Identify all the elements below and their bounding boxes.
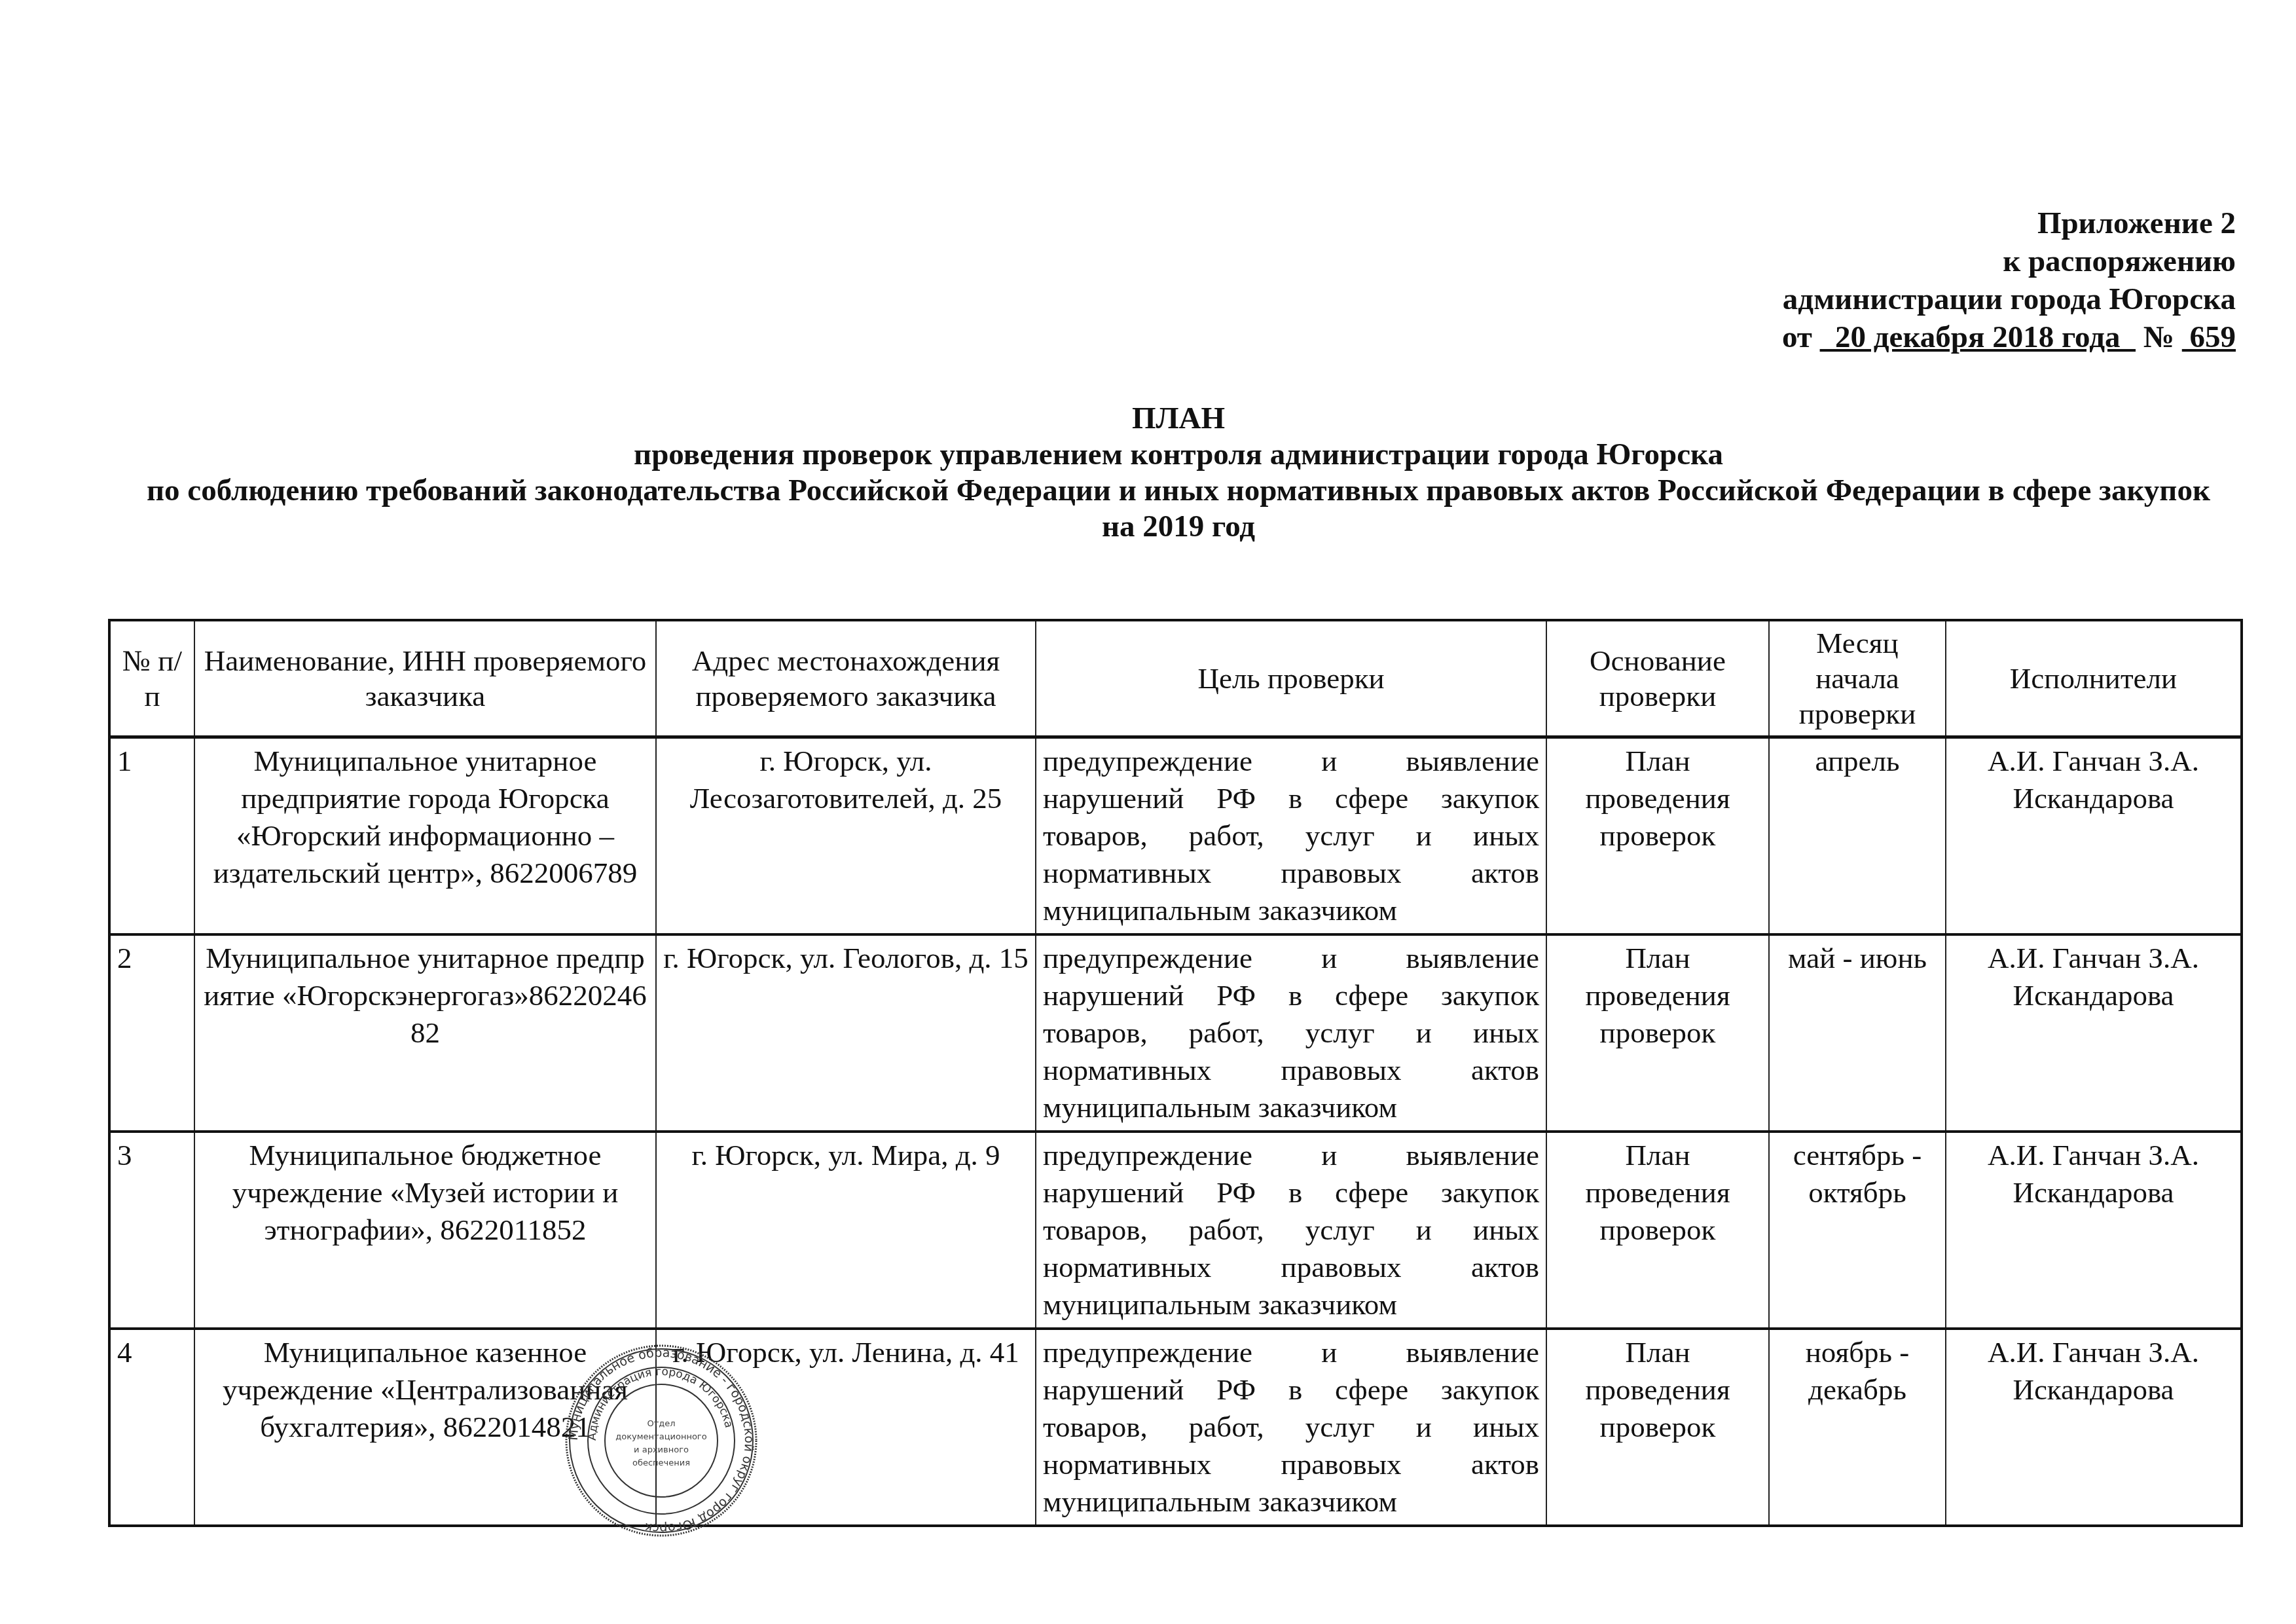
row-month: сентябрь - октябрь (1769, 1132, 1946, 1329)
appendix-ref: к распоряжению (1782, 242, 2236, 280)
title-year: на 2019 год (98, 509, 2259, 545)
row-goal: предупреждение и выявление нарушений РФ … (1036, 737, 1546, 935)
row-address: г. Югорск, ул. Геологов, д. 15 (656, 934, 1036, 1132)
title-scope: по соблюдению требований законодательств… (98, 473, 2259, 509)
number-prefix: № (2143, 320, 2174, 354)
title-plan: ПЛАН (98, 401, 2259, 437)
row-num: 3 (109, 1132, 194, 1329)
appendix-authority: администрации города Югорска (1782, 280, 2236, 318)
row-goal: предупреждение и выявление нарушений РФ … (1036, 1132, 1546, 1329)
row-num: 2 (109, 934, 194, 1132)
row-goal: предупреждение и выявление нарушений РФ … (1036, 934, 1546, 1132)
table-row: 3 Муниципальное бюджетное учреждение «Му… (109, 1132, 2242, 1329)
row-basis: План проведения проверок (1546, 1132, 1769, 1329)
inspection-plan-table: № п/п Наименование, ИНН проверяемого зак… (108, 619, 2243, 1527)
seal-center-line4: обеспечения (632, 1458, 690, 1468)
row-executors: А.И. Ганчан З.А. Искандарова (1946, 1329, 2242, 1526)
table-header-row: № п/п Наименование, ИНН проверяемого зак… (109, 620, 2242, 737)
seal-center-line1: Отдел (647, 1419, 675, 1429)
header-name: Наименование, ИНН проверяемого заказчика (194, 620, 656, 737)
official-seal-icon: Муниципальное образование - городской ок… (563, 1342, 759, 1539)
row-basis: План проведения проверок (1546, 737, 1769, 935)
row-name: Муниципальное унитарное предприятие горо… (194, 737, 656, 935)
appendix-block: Приложение 2 к распоряжению администраци… (1782, 204, 2236, 356)
header-executors: Исполнители (1946, 620, 2242, 737)
row-num: 1 (109, 737, 194, 935)
seal-center-line3: и архивного (634, 1445, 689, 1455)
header-address: Адрес местонахождения проверяемого заказ… (656, 620, 1036, 737)
table-row: 1 Муниципальное унитарное предприятие го… (109, 737, 2242, 935)
row-name: Муниципальное унитарное предприятие «Юго… (194, 934, 656, 1132)
row-executors: А.И. Ганчан З.А. Искандарова (1946, 934, 2242, 1132)
title-subject: проведения проверок управлением контроля… (98, 437, 2259, 473)
row-goal: предупреждение и выявление нарушений РФ … (1036, 1329, 1546, 1526)
date-prefix: от (1782, 320, 1812, 354)
row-basis: План проведения проверок (1546, 934, 1769, 1132)
header-num: № п/п (109, 620, 194, 737)
row-month: май - июнь (1769, 934, 1946, 1132)
order-date: 20 декабря 2018 года (1820, 320, 2136, 354)
table-row: 2 Муниципальное унитарное предприятие «Ю… (109, 934, 2242, 1132)
appendix-date-line: от 20 декабря 2018 года № 659 (1782, 318, 2236, 356)
row-month: ноябрь - декабрь (1769, 1329, 1946, 1526)
header-basis: Основание проверки (1546, 620, 1769, 737)
row-basis: План проведения проверок (1546, 1329, 1769, 1526)
row-executors: А.И. Ганчан З.А. Искандарова (1946, 737, 2242, 935)
seal-center-line2: документационного (615, 1432, 706, 1442)
row-executors: А.И. Ганчан З.А. Искандарова (1946, 1132, 2242, 1329)
document-title: ПЛАН проведения проверок управлением кон… (98, 401, 2259, 545)
header-month: Месяц начала проверки (1769, 620, 1946, 737)
table-row: 4 Муниципальное казенное учреждение «Цен… (109, 1329, 2242, 1526)
appendix-title: Приложение 2 (1782, 204, 2236, 242)
row-num: 4 (109, 1329, 194, 1526)
header-goal: Цель проверки (1036, 620, 1546, 737)
row-name: Муниципальное бюджетное учреждение «Музе… (194, 1132, 656, 1329)
row-address: г. Югорск, ул. Мира, д. 9 (656, 1132, 1036, 1329)
row-address: г. Югорск, ул. Лесозаготовителей, д. 25 (656, 737, 1036, 935)
row-month: апрель (1769, 737, 1946, 935)
order-number: 659 (2182, 320, 2236, 354)
